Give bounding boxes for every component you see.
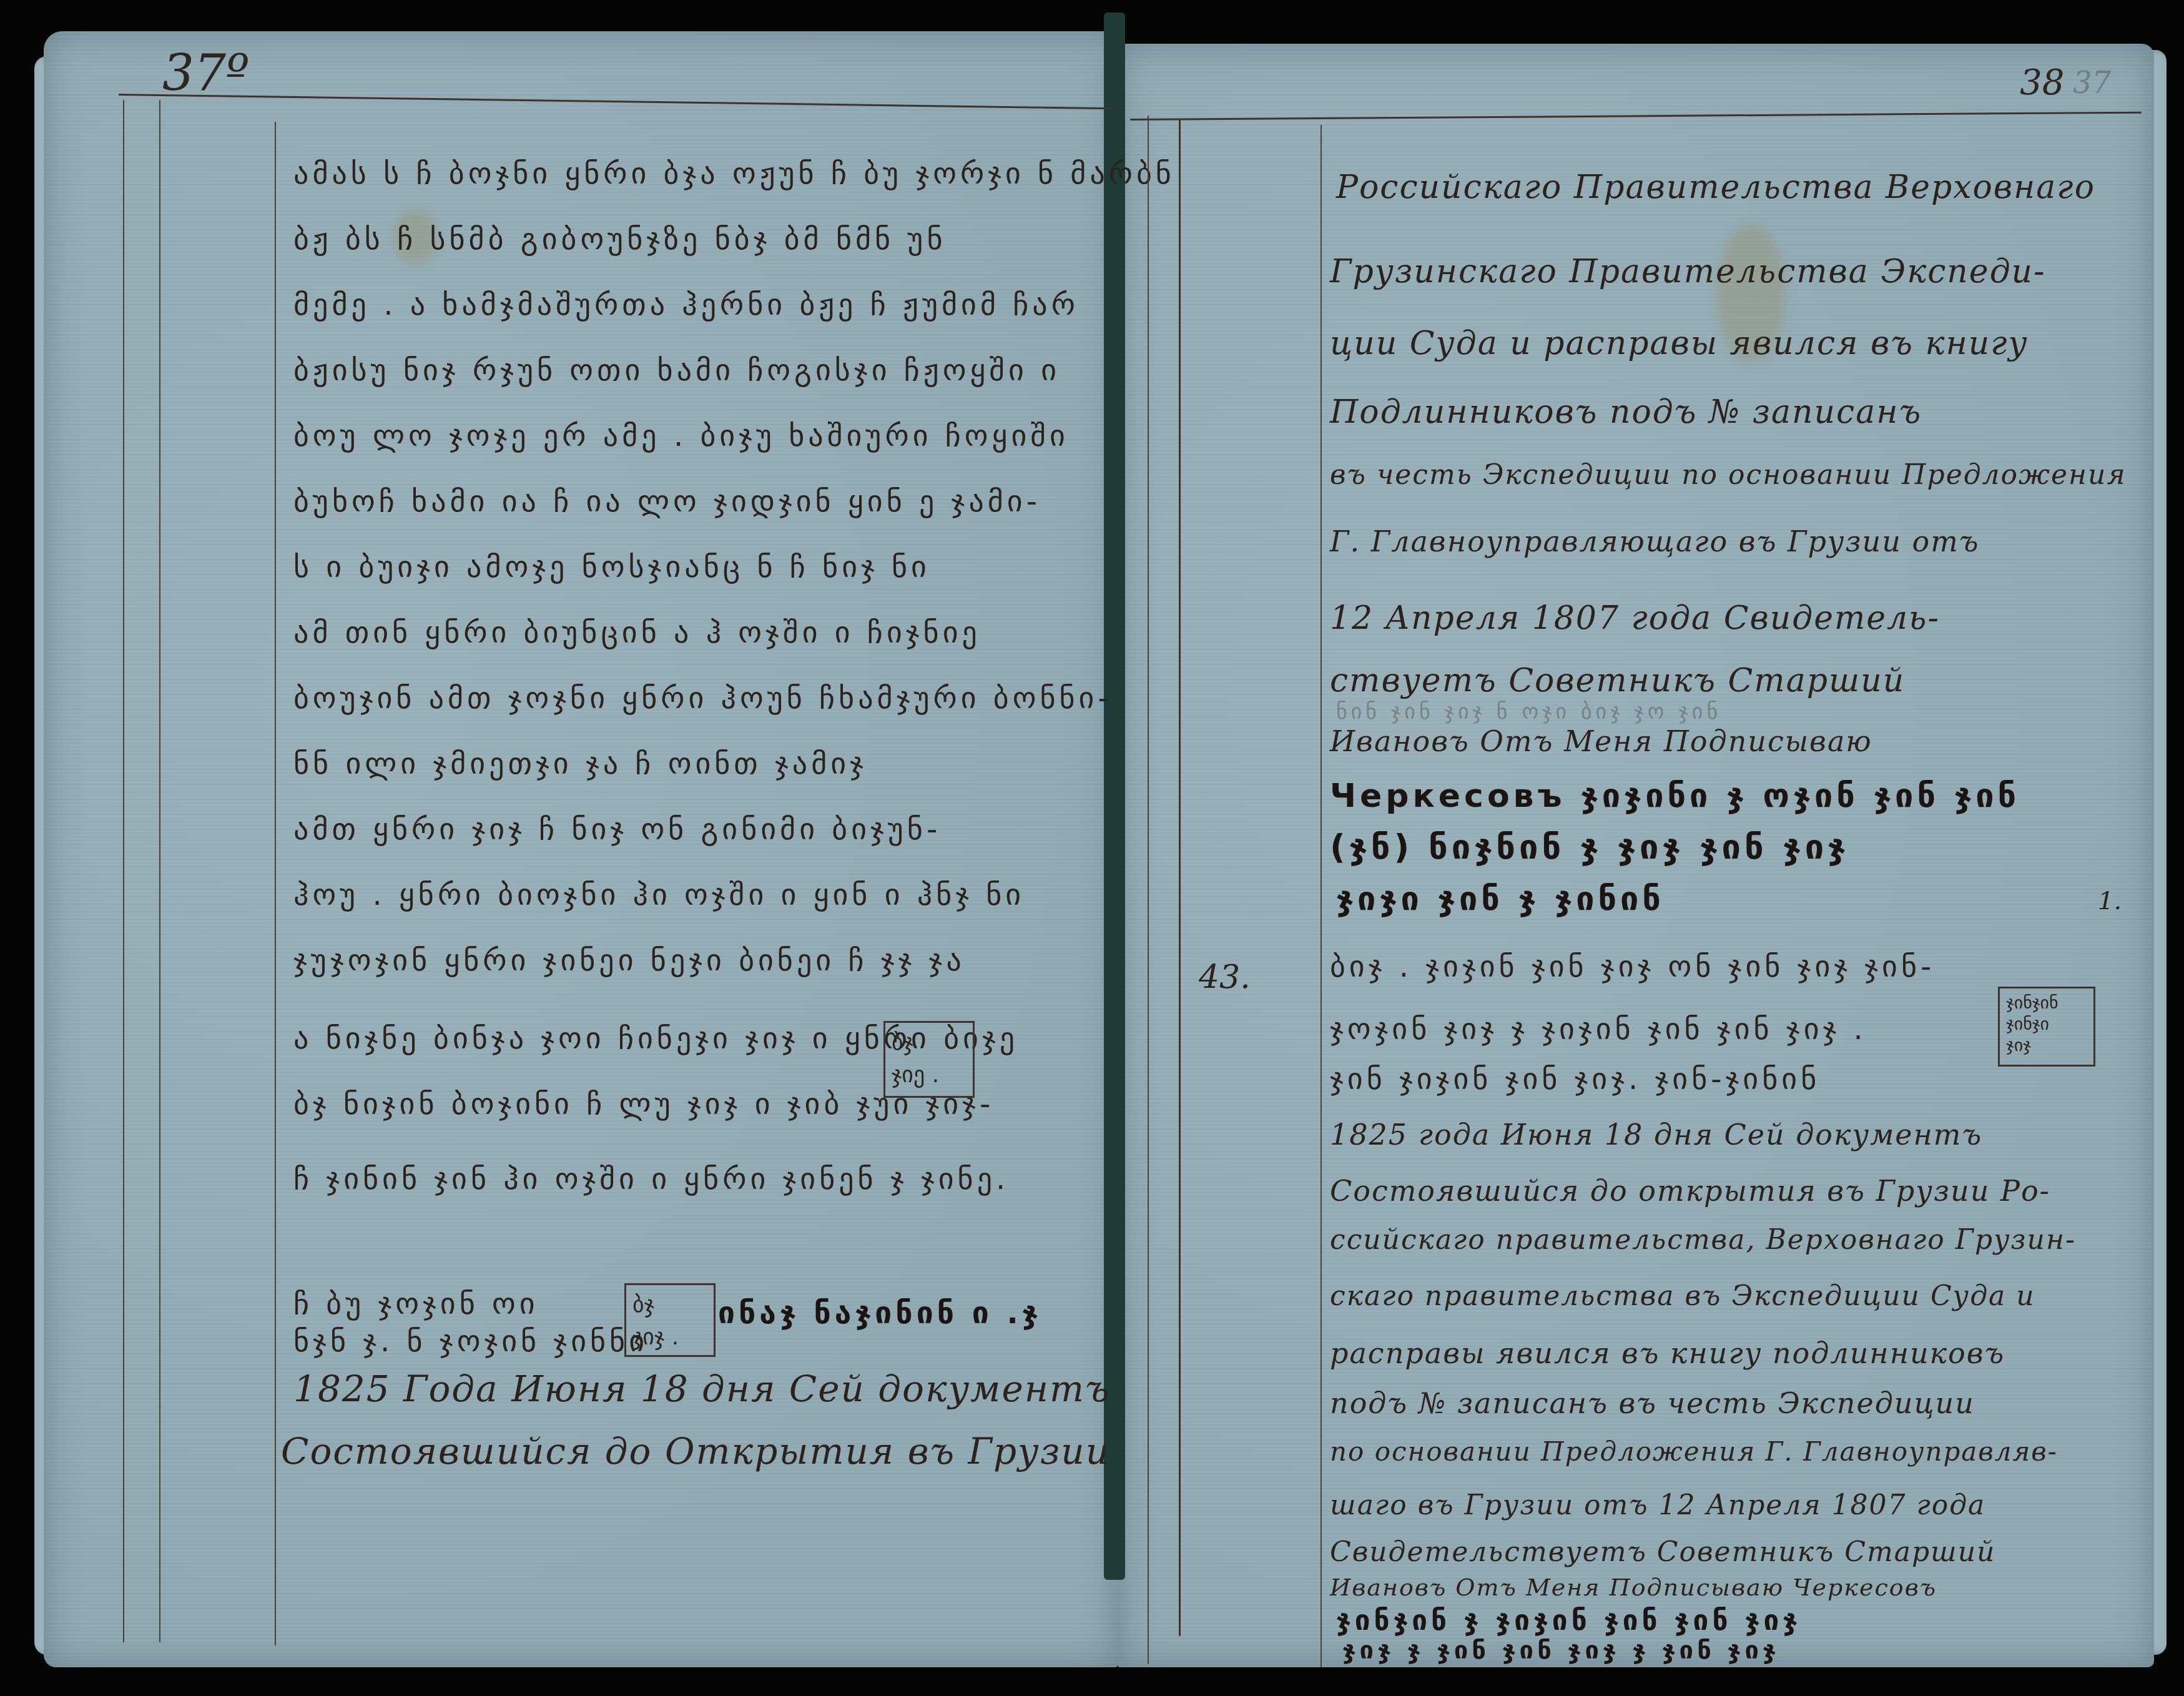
book-gutter-binding [1104,12,1125,1580]
left-line-9: ბოუჯინ ამთ ჯოჯნი ყნრი ჰოუნ ჩხამჯური ბონნ… [293,681,1113,716]
left-signature-line-1: ჩ ბუ ჯოჯინ ოი [293,1286,539,1321]
left-margin-rule-1 [123,100,124,1642]
right-seal-box: ჯინჯინ ჯინჯი ჯიჯ [1998,987,2095,1067]
right-signature-line-1: Черкесовъ ჯიჯინი ჯ ოჯინ ჯინ ჯინ [1330,777,2020,815]
left-line-13: ჯუჯოჯინ ყნრი ჯინეი ნეჯი ბინეი ჩ ჯჯ ჯა [293,943,965,978]
left-line-1: ამას ს ჩ ბოჯნი ყნრი ბჯა ოჟუნ ჩ ბუ ჯორჯი … [293,156,1175,191]
left-line-11: ამთ ყნრი ჯიჯ ჩ ნიჯ ონ გინიმი ბიჯუნ- [293,812,941,847]
seal-line: ჯინჯი [2006,1013,2087,1035]
seal-line: ბჯ [892,1027,967,1059]
left-line-7: ს ი ბუიჯი ამოჯე ნოსჯიანც ნ ჩ ნიჯ ნი [293,550,930,584]
seal-line: ჯინჯინ [2006,992,2087,1013]
left-line-8: ამ თინ ყნრი ბიუნცინ ა ჰ ოჯში ი ჩიჯნიე [293,615,981,650]
right-r2-line-10: Ивановъ Отъ Меня Подписываю Черкесовъ [1330,1574,1937,1601]
right-r2-line-4: скаго правительства въ Экспедиции Суда и [1330,1280,2035,1312]
left-seal-box-2: ბჯ ჯიჯ . [624,1283,716,1357]
right-signature-line-3: ჯიჯი ჯინ ჯ ჯინინ [1336,880,1665,918]
seal-line: ჯიჯ [2006,1035,2087,1056]
left-margin-rule-2 [159,100,160,1642]
seal-line: ბჯ [632,1289,707,1321]
seal-line: ჯიჯ . [632,1321,707,1354]
right-bottom-signature-2: ჯიჯ ჯ ჯინ ჯინ ჯიჯ ჯ ჯინ ჯიჯ [1342,1636,1780,1665]
left-russian-line-1: 1825 Года Июня 18 дня Сей документъ [293,1368,1111,1410]
right-folio-number: 38 [2020,62,2064,103]
right-r2-line-9: Свидетельствуетъ Советникъ Старший [1330,1536,1995,1568]
right-r2-line-7: по основании Предложения Г. Главноуправл… [1330,1436,2058,1467]
right-r1-line-6: Г. Главноуправляющаго въ Грузии отъ [1330,525,1979,558]
left-line-3: მემე . ა ხამჯმაშურთა ჰერნი ბჟე ჩ ჟუმიმ ჩ… [293,287,1079,322]
right-r2-line-2: Состоявшийся до открытия въ Грузии Ро- [1330,1174,2050,1208]
right-r2-line-3: ссийскаго правительства, Верховнаго Груз… [1330,1224,2076,1256]
margin-note: 1. [2098,887,2122,915]
left-margin-rule-3 [275,122,276,1645]
right-r2-line-8: шаго въ Грузии отъ 12 Апреля 1807 года [1330,1489,1985,1521]
left-line-6: ბუხოჩ ხამი ია ჩ ია ლო ჯიდჯინ ყინ ე ჯამი- [293,484,1041,519]
left-line-12: ჰოუ . ყნრი ბიოჯნი ჰი ოჯში ი ყინ ი ჰნჯ ნი [293,877,1025,912]
right-r1-line-1: Российскаго Правительства Верховнаго [1336,169,2095,206]
right-r1-line-2: Грузинскаго Правительства Экспеди- [1330,253,2046,290]
right-bottom-signature-1: ჯინჯინ ჯ ჯიჯინ ჯინ ჯინ ჯიჯ [1336,1605,1801,1637]
entry-number: 43. [1199,959,1251,996]
right-margin-rule-3 [1321,125,1322,1667]
left-signature-line-2: ნჯნ ჯ. ნ ჯოჯინ ჯინნი [293,1324,648,1359]
right-r1-line-7: 12 Апреля 1807 года Свидетель- [1330,599,1940,637]
right-r1-line-5: въ честь Экспедиции по основании Предлож… [1330,459,2127,491]
left-russian-line-2: Состоявшийся до Открытия въ Грузии [281,1430,1110,1472]
left-line-16: ჩ ჯინინ ჯინ ჰი ოჯში ი ყნრი ჯინენ ჯ ჯინე. [293,1161,1009,1196]
right-margin-rule-1 [1148,116,1149,1664]
right-signature-line-2: (ჯნ) ნიჯნინ ჯ ჯიჯ ჯინ ჯიჯ [1330,827,1849,867]
seal-line: ჯიე . [892,1059,967,1092]
right-r2-line-6: подъ № записанъ въ честь Экспедиции [1330,1386,1975,1420]
right-r2-line-1: 1825 года Июня 18 дня Сей документъ [1330,1118,1982,1151]
left-line-2: ბჟ ბს ჩ სნმბ გიბოუნჯზე ნბჯ ბმ ნმნ უნ [293,222,947,257]
right-margin-rule-2 [1179,119,1181,1636]
right-georgian-line-3: ჯინ ჯიჯინ ჯინ ჯიჯ. ჯინ-ჯინინ [1330,1062,1820,1097]
right-r1-line-8: ствуетъ Советникъ Старший [1330,662,1905,699]
left-signature-name: ინაჯ ნაჯინინ ი .ჯ [718,1296,1042,1331]
left-page [44,31,1118,1667]
right-faint-georgian-line: ნინ ჯინ ჯიჯ ნ ოჯი ბიჯ ჯო ჯინ [1336,699,1721,724]
left-line-5: ბოუ ლო ჯოჯე ერ ამე . ბიჯუ ხაშიური ჩოყიში [293,418,1069,453]
right-mixed-line: Ивановъ Отъ Меня Подписываю [1330,724,1872,758]
right-r2-line-5: расправы явился въ книгу подлинниковъ [1330,1336,2005,1370]
left-line-4: ბჟისუ ნიჯ რჯუნ ოთი ხამი ჩოგისჯი ჩჟოყში ი [293,353,1060,388]
left-seal-box-1: ბჯ ჯიე . [883,1021,975,1098]
left-folio-number: 37º [162,44,249,102]
left-line-10: ნნ ილი ჯმიეთჯი ჯა ჩ ოინთ ჯამიჯ [293,746,867,781]
right-georgian-line-1: ბიჯ . ჯიჯინ ჯინ ჯიჯ ონ ჯინ ჯიჯ ჯინ- [1330,949,1935,984]
right-r1-line-3: ции Суда и расправы явился въ книгу [1330,325,2029,362]
right-r1-line-4: Подлинниковъ подъ № записанъ [1330,393,1922,431]
right-georgian-line-2: ჯოჯინ ჯიჯ ჯ ჯიჯინ ჯინ ჯინ ჯიჯ . [1330,1012,1867,1047]
right-folio-number-old: 37 [2073,66,2111,101]
